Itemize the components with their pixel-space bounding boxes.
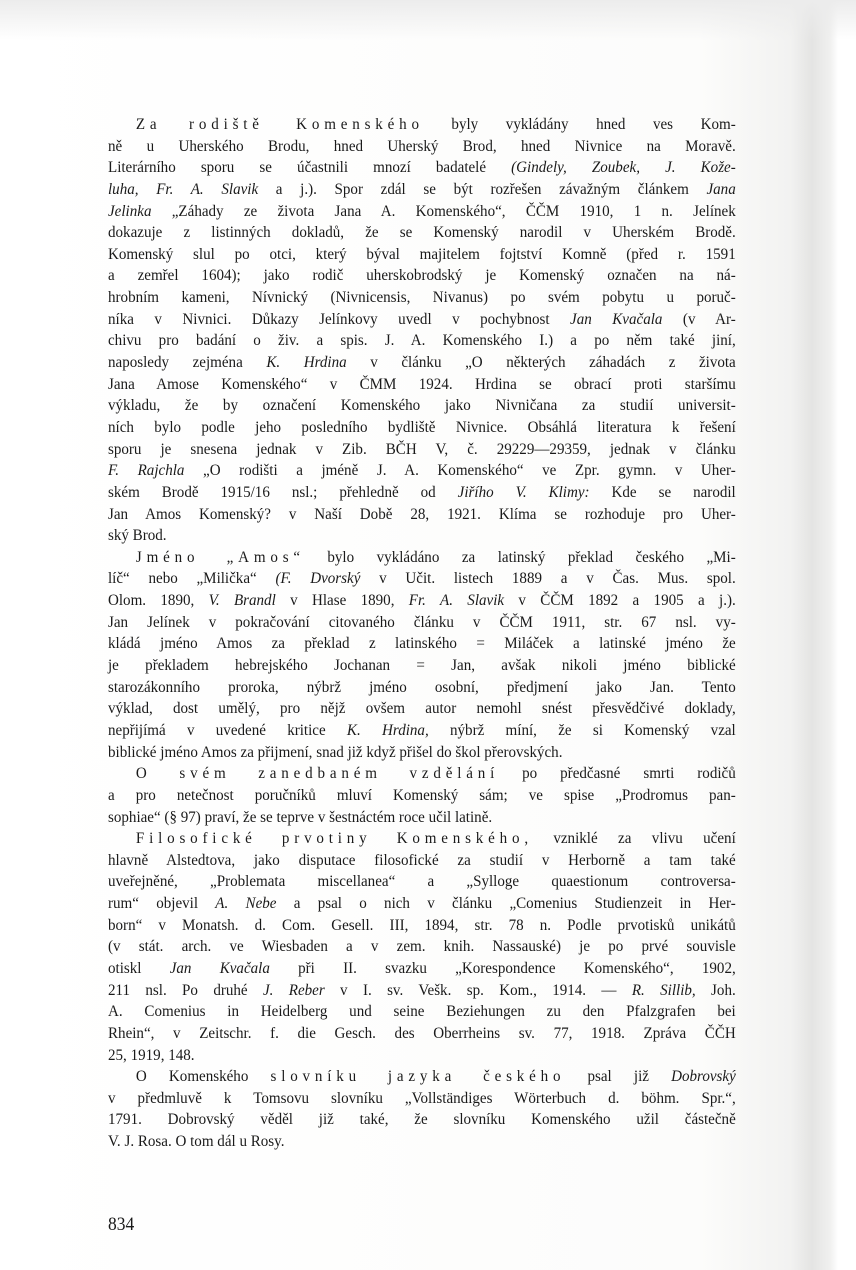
text-run: uveřejněné, „Problemata miscellanea“ a „… [108, 872, 736, 890]
text-run: v článku „O některých záhadách z života [347, 353, 736, 371]
text-run: nýbrž míní, že si Komenský vzal [429, 721, 736, 739]
text-run: výklad, dost umělý, pro nějž ovšem autor… [108, 699, 736, 717]
text-run: hrobním kameni, Nívnický (Nivnicensis, N… [108, 288, 736, 306]
text-line: a zemřel 1604); jako rodič uherskobrodsk… [108, 265, 736, 287]
text-run: V. J. Rosa. O tom dál u Rosy. [108, 1132, 284, 1150]
text-run [161, 115, 189, 133]
scanned-page: Za rodiště Komenského byly vykládány hne… [0, 0, 856, 1270]
spaced-heading: slovníku jazyka českého [271, 1067, 566, 1085]
text-line: líč“ nebo „Milička“ (F. Dvorský v Učit. … [108, 568, 736, 590]
paragraph: O Komenského slovníku jazyka českého psa… [108, 1066, 736, 1153]
text-line: Jméno „Amos“ bylo vykládáno za latinský … [108, 547, 736, 569]
text-run: sophiae“ (§ 97) praví, že se teprve v še… [108, 808, 492, 826]
text-run: ně u Uherského Brodu, hned Uherský Brod,… [108, 137, 736, 155]
text-run: výkladu, že by označení Komenského jako … [108, 396, 736, 414]
text-line: Filosofické prvotiny Komenského, vzniklé… [108, 828, 736, 850]
text-run: O Komenského [136, 1067, 271, 1085]
text-run: sporu je snesena jednak v Zib. BČH V, č.… [108, 440, 736, 458]
text-line: Literárního sporu se účastnili mnozí bad… [108, 157, 736, 179]
text-line: Jana Amose Komenského“ v ČMM 1924. Hrdin… [108, 374, 736, 396]
text-line: je překladem hebrejského Jochanan = Jan,… [108, 655, 736, 677]
text-run: níka v Nivnici. Důkazy Jelínkovy uvedl v… [108, 310, 570, 328]
italic-citation: Jiřího V. Klimy: [458, 483, 590, 501]
text-line: 211 nsl. Po druhé J. Reber v I. sv. Vešk… [108, 980, 736, 1002]
text-run: starozákonního proroka, nýbrž jméno osob… [108, 678, 736, 696]
text-run: Rhein“, v Zeitschr. f. die Gesch. des Ob… [108, 1024, 736, 1042]
text-line: uveřejněné, „Problemata miscellanea“ a „… [108, 871, 736, 893]
text-line: ském Brodě 1915/16 nsl.; přehledně od Ji… [108, 482, 736, 504]
text-run: Joh. [696, 981, 736, 999]
text-run: born“ v Monatsh. d. Com. Gesell. III, 18… [108, 916, 736, 934]
text-run: po předčasné smrti rodičů [499, 764, 736, 782]
text-line: hlavně Alstedtova, jako disputace filoso… [108, 850, 736, 872]
spaced-heading: Filosofické prvotiny Komenského, [136, 829, 533, 847]
text-run: kládá jméno Amos za překlad z latinského… [108, 634, 736, 652]
italic-citation: (Gindely, Zoubek, J. Kože- [511, 158, 736, 176]
text-run: ský Brod. [108, 526, 167, 544]
text-line: otiskl Jan Kvačala při II. svazku „Kores… [108, 958, 736, 980]
text-run: Komenský slul po otci, který býval majit… [108, 245, 736, 263]
text-run: (v Ar- [662, 310, 735, 328]
text-line: Komenský slul po otci, který býval majit… [108, 244, 736, 266]
text-line: A. Comenius in Heidelberg und seine Bezi… [108, 1001, 736, 1023]
text-run: A. Comenius in Heidelberg und seine Bezi… [108, 1002, 736, 1020]
italic-citation: J. Reber [263, 981, 325, 999]
spaced-heading: rodiště Komenského [189, 115, 424, 133]
italic-citation: R. Sillib, [632, 981, 696, 999]
text-run: „Záhady ze života Jana A. Komenského“, Č… [151, 202, 735, 220]
text-run: je překladem hebrejského Jochanan = Jan,… [108, 656, 736, 674]
text-run: byly vykládány hned ves Kom- [424, 115, 736, 133]
italic-citation: F. Rajchla [108, 461, 184, 479]
text-line: výklad, dost umělý, pro nějž ovšem autor… [108, 698, 736, 720]
text-run: „O rodišti a jméně J. A. Komenského“ ve … [184, 461, 735, 479]
paragraph: O svém zanedbaném vzdělání po předčasné … [108, 763, 736, 828]
text-run: Jan Jelínek v pokračování citovaného člá… [108, 613, 736, 631]
text-run: bylo vykládáno za latinský překlad české… [305, 548, 736, 566]
text-run: Kde se narodil [590, 483, 736, 501]
text-line: hrobním kameni, Nívnický (Nivnicensis, N… [108, 287, 736, 309]
text-run: biblické jméno Amos za přijmení, snad ji… [108, 743, 562, 761]
text-run: a psal o nich v článku „Comenius Studien… [276, 894, 735, 912]
text-run: chivu pro badání o živ. a spis. J. A. Ko… [108, 331, 736, 349]
text-line: ních bylo podle jeho posledního bydliště… [108, 417, 736, 439]
text-run: dokazuje z listinných dokladů, že se Kom… [108, 223, 736, 241]
text-line: Jan Amos Komenský? v Naší Době 28, 1921.… [108, 504, 736, 526]
text-line: sophiae“ (§ 97) praví, že se teprve v še… [108, 807, 736, 829]
text-line: V. J. Rosa. O tom dál u Rosy. [108, 1131, 736, 1153]
text-line: výkladu, že by označení Komenského jako … [108, 395, 736, 417]
text-line: dokazuje z listinných dokladů, že se Kom… [108, 222, 736, 244]
italic-citation: K. Hrdina [266, 353, 346, 371]
italic-citation: Jana [706, 180, 735, 198]
text-line: 25, 1919, 148. [108, 1045, 736, 1067]
italic-citation: V. Brandl [209, 591, 276, 609]
spaced-heading: Jméno „Amos“ [136, 548, 305, 566]
italic-citation: A. Nebe [215, 894, 276, 912]
text-run: a zemřel 1604); jako rodič uherskobrodsk… [108, 266, 736, 284]
text-run: Literárního sporu se účastnili mnozí bad… [108, 158, 511, 176]
text-run: a j.). Spor zdál se být rozřešen závažný… [258, 180, 706, 198]
text-line: a pro netečnost poručníků mluví Komenský… [108, 785, 736, 807]
text-run: v předmluvě k Tomsovu slovníku „Vollstän… [108, 1089, 736, 1107]
text-line: born“ v Monatsh. d. Com. Gesell. III, 18… [108, 915, 736, 937]
text-line: rum“ objevil A. Nebe a psal o nich v člá… [108, 893, 736, 915]
text-line: Jelinka „Záhady ze života Jana A. Komens… [108, 201, 736, 223]
italic-citation: Fr. A. Slavik [409, 591, 504, 609]
text-run: naposledy zejména [108, 353, 266, 371]
text-run: ních bylo podle jeho posledního bydliště… [108, 418, 736, 436]
text-run: 211 nsl. Po druhé [108, 981, 263, 999]
italic-citation: Jan Kvačala [170, 959, 270, 977]
text-line: v předmluvě k Tomsovu slovníku „Vollstän… [108, 1088, 736, 1110]
text-run: Jan Amos Komenský? v Naší Době 28, 1921.… [108, 505, 736, 523]
text-run: a pro netečnost poručníků mluví Komenský… [108, 786, 736, 804]
text-run: Jana Amose Komenského“ v ČMM 1924. Hrdin… [108, 375, 736, 393]
text-run: v I. sv. Vešk. sp. Kom., 1914. — [325, 981, 632, 999]
text-run: hlavně Alstedtova, jako disputace filoso… [108, 851, 736, 869]
paragraph: Filosofické prvotiny Komenského, vzniklé… [108, 828, 736, 1066]
italic-citation: Jan Kvačala [570, 310, 662, 328]
text-run: otiskl [108, 959, 170, 977]
text-line: Jan Jelínek v pokračování citovaného člá… [108, 612, 736, 634]
text-run: nepřijímá v uvedené kritice [108, 721, 347, 739]
paragraph: Jméno „Amos“ bylo vykládáno za latinský … [108, 547, 736, 763]
text-run: v Hlase 1890, [276, 591, 409, 609]
text-line: Za rodiště Komenského byly vykládány hne… [108, 114, 736, 136]
text-run: 25, 1919, 148. [108, 1046, 195, 1064]
italic-citation: (F. Dvorský [275, 569, 360, 587]
text-run: vzniklé za vlivu učení [533, 829, 736, 847]
text-line: chivu pro badání o živ. a spis. J. A. Ko… [108, 330, 736, 352]
text-line: O Komenského slovníku jazyka českého psa… [108, 1066, 736, 1088]
text-run: rum“ objevil [108, 894, 215, 912]
paragraph: Za rodiště Komenského byly vykládány hne… [108, 114, 736, 547]
body-text: Za rodiště Komenského byly vykládány hne… [108, 114, 736, 1153]
text-line: F. Rajchla „O rodišti a jméně J. A. Kome… [108, 460, 736, 482]
text-line: (v stát. arch. ve Wiesbaden a v zem. kni… [108, 936, 736, 958]
italic-citation: luha, Fr. A. Slavik [108, 180, 258, 198]
italic-citation: K. Hrdina, [347, 721, 429, 739]
text-line: ský Brod. [108, 525, 736, 547]
text-run: 1791. Dobrovský věděl již také, že slovn… [108, 1110, 736, 1128]
spaced-heading: Za [136, 115, 162, 133]
text-line: nepřijímá v uvedené kritice K. Hrdina, n… [108, 720, 736, 742]
text-run: v Učit. listech 1889 a v Čas. Mus. spol. [360, 569, 735, 587]
spaced-heading: O svém zanedbaném vzdělání [136, 764, 499, 782]
text-line: 1791. Dobrovský věděl již také, že slovn… [108, 1109, 736, 1131]
text-line: kládá jméno Amos za překlad z latinského… [108, 633, 736, 655]
text-run: Olom. 1890, [108, 591, 209, 609]
text-run: líč“ nebo „Milička“ [108, 569, 275, 587]
text-line: sporu je snesena jednak v Zib. BČH V, č.… [108, 439, 736, 461]
text-line: ně u Uherského Brodu, hned Uherský Brod,… [108, 136, 736, 158]
text-line: luha, Fr. A. Slavik a j.). Spor zdál se … [108, 179, 736, 201]
text-line: starozákonního proroka, nýbrž jméno osob… [108, 677, 736, 699]
page-number: 834 [108, 1214, 134, 1236]
text-run: (v stát. arch. ve Wiesbaden a v zem. kni… [108, 937, 736, 955]
text-run: psal již [565, 1067, 671, 1085]
text-line: Olom. 1890, V. Brandl v Hlase 1890, Fr. … [108, 590, 736, 612]
text-run: v ČČM 1892 a 1905 a j.). [504, 591, 736, 609]
text-run: ském Brodě 1915/16 nsl.; přehledně od [108, 483, 458, 501]
text-line: naposledy zejména K. Hrdina v článku „O … [108, 352, 736, 374]
text-line: O svém zanedbaném vzdělání po předčasné … [108, 763, 736, 785]
scan-shadow [0, 0, 856, 40]
text-run: při II. svazku „Korespondence Komenského… [270, 959, 736, 977]
text-line: níka v Nivnici. Důkazy Jelínkovy uvedl v… [108, 309, 736, 331]
text-line: biblické jméno Amos za přijmení, snad ji… [108, 742, 736, 764]
text-line: Rhein“, v Zeitschr. f. die Gesch. des Ob… [108, 1023, 736, 1045]
italic-citation: Jelinka [108, 202, 151, 220]
italic-citation: Dobrovský [671, 1067, 736, 1085]
